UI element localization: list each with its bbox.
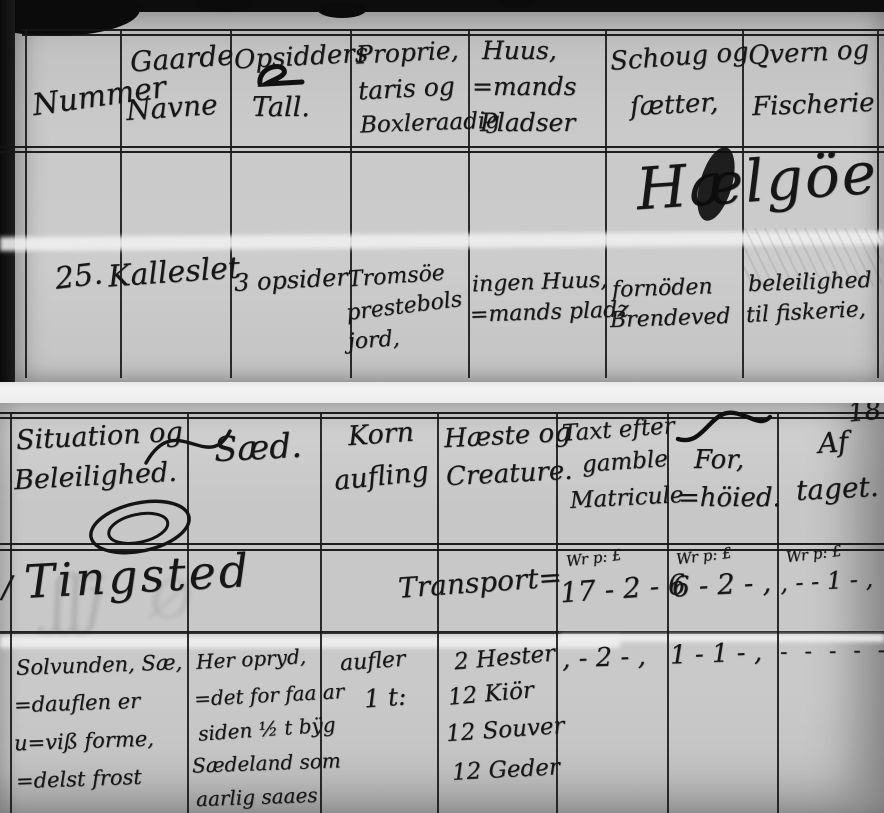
header-forhoied-line2: =höied. xyxy=(678,485,781,511)
header-aftaget-line2: taget. xyxy=(795,473,879,505)
cell-schoug-line2: Brendeved xyxy=(610,306,731,332)
column-line xyxy=(437,413,439,813)
cell-huusmands-line2: =mands pladz xyxy=(470,299,630,327)
cell-proprietaris-line3: jord, xyxy=(347,328,400,354)
cell-situation-line2: =dauflen er xyxy=(14,691,141,716)
header-taxt-line2: gamble xyxy=(581,448,668,477)
transport-label: Transport= xyxy=(397,563,563,602)
cell-saed-line4: Sædeland som xyxy=(192,750,341,775)
header-saed: Sæd. xyxy=(213,429,302,468)
cell-haeste-line1: 2 Hester xyxy=(453,643,556,675)
parish-name-flourish: Hælgöe xyxy=(634,144,879,219)
header-gaarde-navne-line2: Navne xyxy=(125,91,218,125)
header-proprietaris-line2: taris og xyxy=(357,73,455,103)
header-haeste-line2: Creature. xyxy=(445,458,573,491)
header-proprietaris-line1: Proprie, xyxy=(355,37,459,67)
forhoied-flourish xyxy=(674,405,774,445)
table-rule xyxy=(22,29,884,31)
column-line xyxy=(25,30,27,378)
bottom-table-strip: 18 Situation og Beleilighed. Sæd. Kor xyxy=(0,403,884,813)
header-opsidders-line2: Tall. xyxy=(252,94,310,121)
header-forhoied-line1: For, xyxy=(694,447,744,473)
scan-edge-left xyxy=(0,0,15,382)
unit-header-forhoied: Wr p: £ xyxy=(675,546,732,568)
cell-gaard-navn: Kalleslet xyxy=(107,253,241,292)
scan-edge-blob xyxy=(318,2,366,18)
header-taxt-line1: Taxt efter xyxy=(561,415,675,446)
scan-gap xyxy=(0,382,884,403)
header-schoug-line1: Schoug og xyxy=(609,39,749,75)
transport-taxt-value: 17 - 2 - 6 xyxy=(559,571,686,608)
unit-header-taxt: Wr p: £ xyxy=(565,548,622,570)
cell-korn-line1: aufler xyxy=(339,649,406,676)
cell-situation-line1: Solvunden, Sæ, xyxy=(16,652,183,679)
cell-nummer: 25. xyxy=(53,259,104,295)
cell-qvern-line2: til fiskerie, xyxy=(746,299,867,327)
cell-huusmands-line1: ingen Huus, xyxy=(472,270,608,297)
unit-header-aftaget: Wr p: £ xyxy=(785,544,842,566)
transport-forhoied-value: 6 - 2 - , xyxy=(671,568,771,601)
cell-saed-line1: Her opryd, xyxy=(196,646,307,672)
header-gaarde-navne-line1: Gaarde xyxy=(129,41,234,76)
column-line xyxy=(10,413,12,813)
cell-situation-line4: =delst frost xyxy=(16,767,142,792)
column-line xyxy=(230,30,232,378)
cell-aftaget-value: - - - - - xyxy=(780,640,884,664)
page-number: 18 xyxy=(847,403,883,427)
cell-haeste-line2: 12 Kiör xyxy=(447,679,535,709)
cell-haeste-line3: 12 Souver xyxy=(445,715,565,746)
column-line xyxy=(777,413,779,813)
header-haeste-line1: Hæste og xyxy=(443,420,571,453)
header-korn-line2: aufling xyxy=(333,458,430,495)
cell-saed-line5: aarlig saaes xyxy=(196,785,318,809)
cell-korn-line2: 1 t: xyxy=(363,684,407,712)
cell-proprietaris-line2: prestebols xyxy=(345,289,463,325)
top-table-strip: Nummer Gaarde Navne Opsidders Tall. Prop… xyxy=(0,0,884,382)
cell-qvern-line1: beleilighed xyxy=(748,270,872,296)
header-qvern-line2: Fischerie xyxy=(752,90,875,120)
header-taxt-line3: Matricule xyxy=(569,484,684,513)
cell-schoug-line1: fornöden xyxy=(612,276,713,301)
cell-haeste-line4: 12 Geder xyxy=(451,756,560,785)
column-line xyxy=(350,30,352,378)
column-line xyxy=(605,30,607,378)
cell-forhoied-value: 1 - 1 - , xyxy=(670,639,763,668)
tall-flourish xyxy=(252,62,314,90)
cell-saed-line2: =det for faa ar xyxy=(194,681,345,709)
district-name-flourish: Tingsted xyxy=(23,547,252,605)
header-huusmands-line3: Pladser xyxy=(480,110,575,135)
header-korn-line1: Korn xyxy=(347,419,415,451)
header-huusmands-line1: Huus, xyxy=(482,38,557,63)
header-huusmands-line2: =mands xyxy=(472,74,577,99)
header-aftaget-line1: Af xyxy=(817,428,849,458)
scanned-matrikkel-page: Nummer Gaarde Navne Opsidders Tall. Prop… xyxy=(0,0,884,813)
header-schoug-line2: ſætter, xyxy=(629,90,718,121)
cell-saed-line3: siden ½ t bÿg xyxy=(197,714,336,744)
cell-taxt-value: , - 2 - , xyxy=(562,644,647,673)
cell-proprietaris-line1: Tromsöe xyxy=(347,263,445,292)
column-line xyxy=(667,413,669,813)
header-qvern-line1: Qvern og xyxy=(747,37,869,69)
cell-situation-line3: u=viß forme, xyxy=(14,729,155,755)
transport-aftaget-value: , - - 1 - , xyxy=(779,567,873,596)
district-mark: / xyxy=(2,573,12,603)
cell-opsidders: 3 opsider xyxy=(233,265,348,295)
